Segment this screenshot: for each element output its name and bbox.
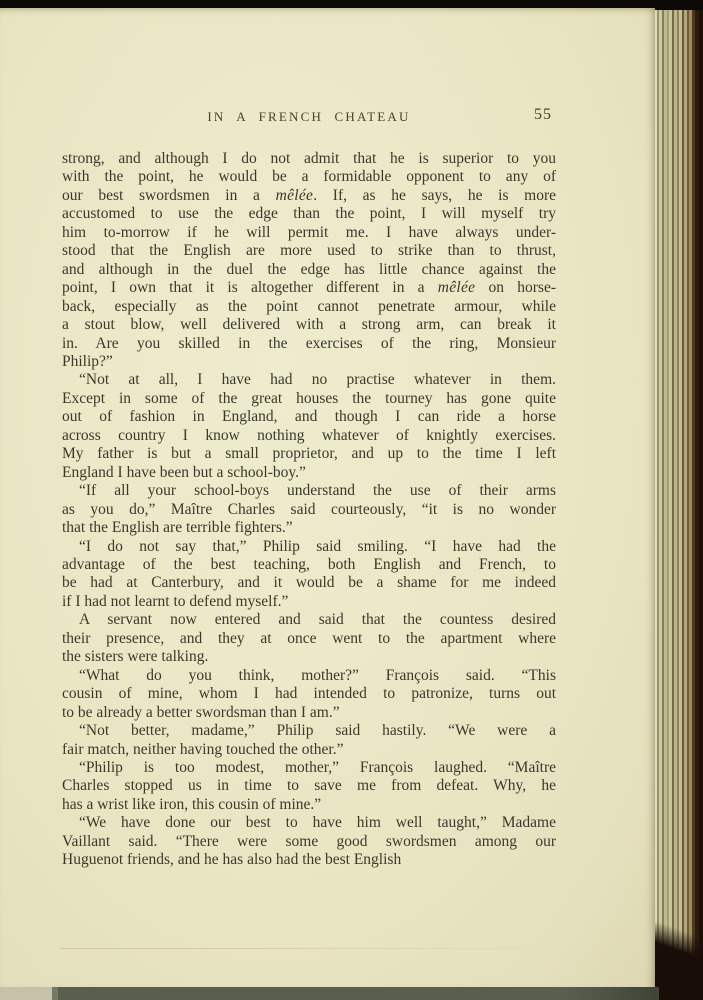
text-line: “I do not say that,” Philip said smiling…: [62, 538, 556, 556]
paragraph: “I do not say that,” Philip said smiling…: [62, 538, 556, 612]
text-line: Except in some of the great houses the t…: [62, 390, 556, 408]
chapter-running-title: IN A FRENCH CHATEAU: [62, 109, 556, 125]
text-line: him to-morrow if he will permit me. I ha…: [62, 224, 556, 242]
text-line: “Not at all, I have had no practise what…: [62, 371, 556, 389]
text-line: back, especially as the point cannot pen…: [62, 298, 556, 316]
fore-edge-dark-corner: [655, 880, 703, 1000]
paragraph: “What do you think, mother?” François sa…: [62, 667, 556, 722]
running-head: IN A FRENCH CHATEAU 55: [62, 109, 556, 125]
paragraph: “We have done our best to have him well …: [62, 814, 556, 869]
page-number: 55: [534, 107, 552, 123]
paragraph: A servant now entered and said that the …: [62, 611, 556, 666]
body-text: strong, and although I do not admit that…: [62, 150, 556, 870]
text-line: across country I know nothing whatever o…: [62, 427, 556, 445]
text-line: A servant now entered and said that the …: [62, 611, 556, 629]
text-line: their presence, and they at once went to…: [62, 630, 556, 648]
text-line: “Not better, madame,” Philip said hastil…: [62, 722, 556, 740]
text-line: to be already a better swordsman than I …: [62, 704, 556, 722]
text-line: advantage of the best teaching, both Eng…: [62, 556, 556, 574]
paragraph: “If all your school-boys understand the …: [62, 482, 556, 537]
paragraph: “Not better, madame,” Philip said hastil…: [62, 722, 556, 759]
text-line: “Philip is too modest, mother,” François…: [62, 759, 556, 777]
text-line: Charles stopped us in time to save me fr…: [62, 777, 556, 795]
text-line: as you do,” Maître Charles said courteou…: [62, 501, 556, 519]
text-block: IN A FRENCH CHATEAU 55 strong, and altho…: [62, 109, 556, 870]
text-line: My father is but a small proprietor, and…: [62, 445, 556, 463]
text-line: cousin of mine, whom I had intended to p…: [62, 685, 556, 703]
text-line: has a wrist like iron, this cousin of mi…: [62, 796, 556, 814]
text-line: in. Are you skilled in the exercises of …: [62, 335, 556, 353]
text-line: accustomed to use the edge than the poin…: [62, 205, 556, 223]
text-line: out of fashion in England, and though I …: [62, 408, 556, 426]
text-line: “What do you think, mother?” François sa…: [62, 667, 556, 685]
text-line: Philip?”: [62, 353, 556, 371]
text-line: strong, and although I do not admit that…: [62, 150, 556, 168]
book-scan: IN A FRENCH CHATEAU 55 strong, and altho…: [0, 0, 703, 1000]
text-line: Huguenot friends, and he has also had th…: [62, 851, 556, 869]
text-line: “If all your school-boys understand the …: [62, 482, 556, 500]
text-line: “We have done our best to have him well …: [62, 814, 556, 832]
text-line: with the point, he would be a formidable…: [62, 168, 556, 186]
paragraph: “Philip is too modest, mother,” François…: [62, 759, 556, 814]
text-line: point, I own that it is altogether diffe…: [62, 279, 556, 297]
bottom-page-edges: [0, 987, 659, 1000]
text-line: and although in the duel the edge has li…: [62, 261, 556, 279]
text-line: the sisters were talking.: [62, 648, 556, 666]
paragraph: “Not at all, I have had no practise what…: [62, 371, 556, 482]
under-page-edge-line: [60, 948, 565, 949]
text-line: be had at Canterbury, and it would be a …: [62, 574, 556, 592]
text-line: that the English are terrible fighters.”: [62, 519, 556, 537]
text-line: if I had not learnt to defend myself.”: [62, 593, 556, 611]
text-line: a stout blow, well delivered with a stro…: [62, 316, 556, 334]
paragraph: strong, and although I do not admit that…: [62, 150, 556, 371]
book-page: IN A FRENCH CHATEAU 55 strong, and altho…: [0, 8, 655, 988]
text-line: Vaillant said. “There were some good swo…: [62, 833, 556, 851]
text-line: our best swordsmen in a mêlée. If, as he…: [62, 187, 556, 205]
text-line: stood that the English are more used to …: [62, 242, 556, 260]
fore-edge-page-stack: [655, 10, 703, 1000]
text-line: England I have been but a school-boy.”: [62, 464, 556, 482]
text-line: fair match, neither having touched the o…: [62, 741, 556, 759]
